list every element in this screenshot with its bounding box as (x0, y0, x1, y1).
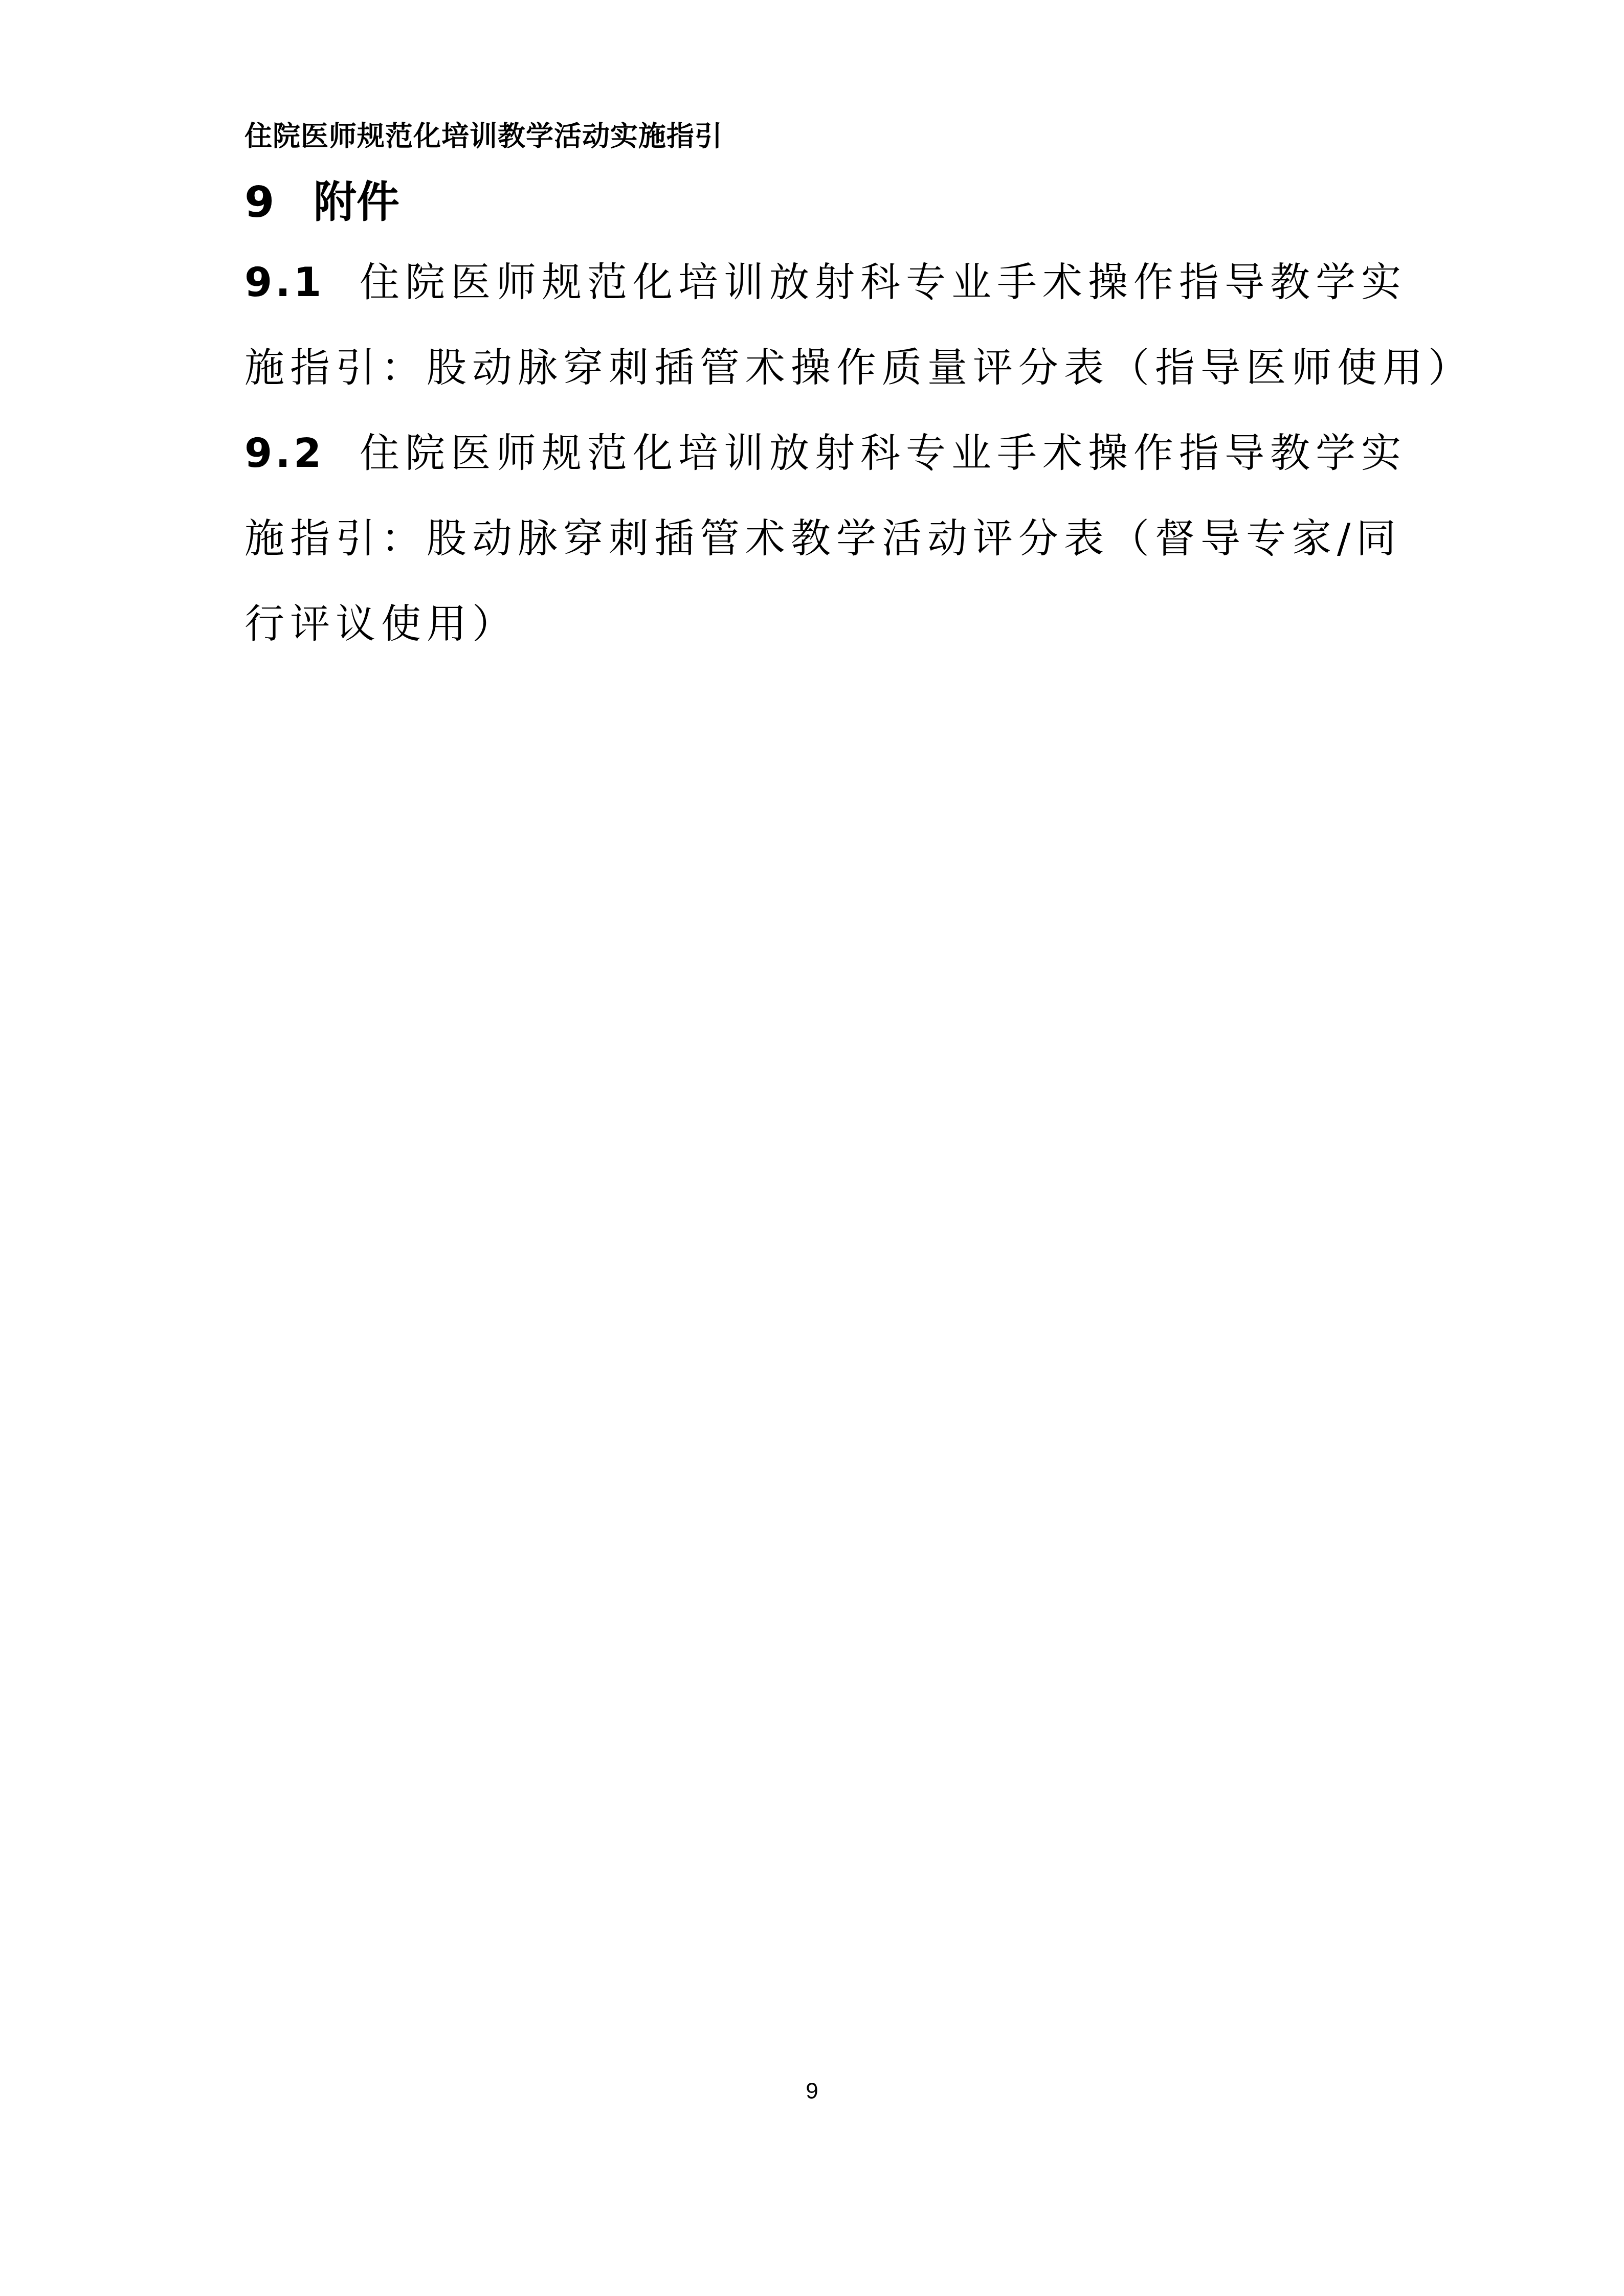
section-title: 附件 (314, 177, 399, 227)
subsection-line: 9.2住院医师规范化培训放射科专业手术操作指导教学实 (244, 411, 1395, 497)
subsection-number: 9.2 (244, 411, 360, 497)
subsection-line: 施指引：股动脉穿刺插管术教学活动评分表（督导专家/同 (244, 497, 1395, 582)
subsection-text: 住院医师规范化培训放射科专业手术操作指导教学实 (360, 431, 1407, 477)
subsection-number: 9.1 (244, 240, 360, 326)
subsection-9-2: 9.2住院医师规范化培训放射科专业手术操作指导教学实 施指引：股动脉穿刺插管术教… (244, 411, 1395, 667)
subsection-line: 施指引：股动脉穿刺插管术操作质量评分表（指导医师使用） (244, 326, 1395, 411)
subsection-line: 9.1住院医师规范化培训放射科专业手术操作指导教学实 (244, 240, 1395, 326)
subsection-9-1: 9.1住院医师规范化培训放射科专业手术操作指导教学实 施指引：股动脉穿刺插管术操… (244, 240, 1395, 411)
subsection-line: 行评议使用） (244, 582, 1395, 667)
subsection-text: 住院医师规范化培训放射科专业手术操作指导教学实 (360, 260, 1407, 306)
section-number: 9 (244, 174, 314, 230)
page-number: 9 (0, 2076, 1624, 2107)
section-heading: 9附件 (244, 174, 399, 230)
running-header: 住院医师规范化培训教学活动实施指引 (244, 119, 723, 154)
